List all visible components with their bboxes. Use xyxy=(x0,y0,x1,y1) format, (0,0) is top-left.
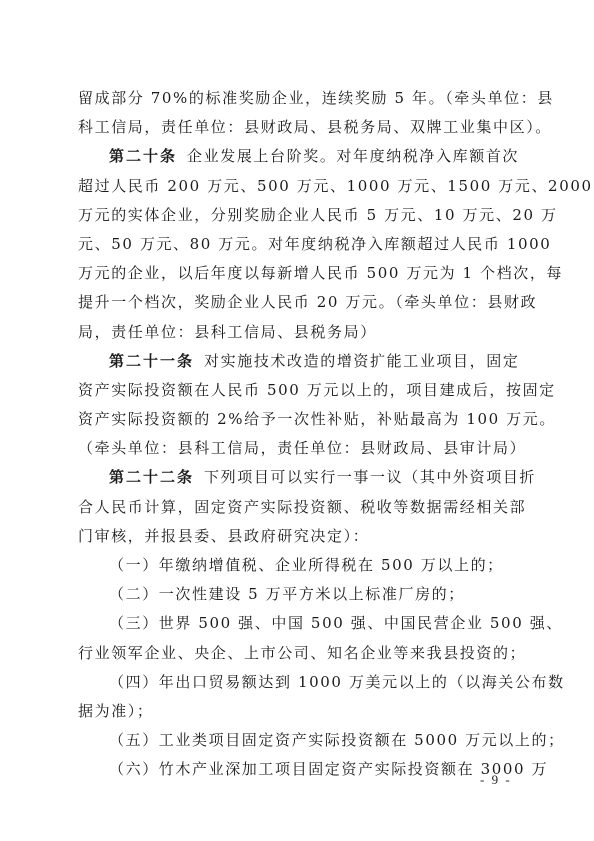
line-text: （五）工业类项目固定资产实际投资额在 5000 万元以上的； xyxy=(109,731,565,749)
line-text: 下列项目可以实行一事一议（其中外资项目折 xyxy=(204,468,536,486)
article-21-heading-line: 第二十一条对实施技术改造的增资扩能工业项目，固定 xyxy=(78,347,514,376)
text-line-11: 资产实际投资额在人民币 500 万元以上的，项目建成后，按固定 xyxy=(78,376,514,405)
line-text: （二）一次性建设 5 万平方米以上标准厂房的； xyxy=(109,585,465,603)
text-line-20: 行业领军企业、央企、上市公司、知名企业等来我县投资的； xyxy=(78,639,514,668)
text-line-12: 资产实际投资额的 2%给予一次性补贴，补贴最高为 100 万元。 xyxy=(78,405,514,434)
line-text: 超过人民币 200 万元、500 万元、1000 万元、1500 万元、2000 xyxy=(78,177,593,195)
line-text: 科工信局，责任单位：县财政局、县税务局、双牌工业集中区）。 xyxy=(78,118,552,136)
line-text: 据为准）； xyxy=(78,702,154,720)
line-text: 提升一个档次，奖励企业人民币 20 万元。（牵头单位：县财政 xyxy=(78,293,537,311)
text-line-5: 万元的实体企业，分别奖励企业人民币 5 万元、10 万元、20 万 xyxy=(78,201,514,230)
list-item-6: （六）竹木产业深加工项目固定资产实际投资额在 3000 万 xyxy=(78,755,514,784)
document-page: 留成部分 70%的标准奖励企业，连续奖励 5 年。（牵头单位：县 科工信局，责任… xyxy=(0,0,594,841)
page-number: - 9 - xyxy=(480,772,512,788)
list-item-4: （四）年出口贸易额达到 1000 万美元以上的（以海关公布数 xyxy=(78,668,514,697)
text-line-22: 据为准）； xyxy=(78,697,514,726)
line-text: 资产实际投资额的 2%给予一次性补贴，补贴最高为 100 万元。 xyxy=(78,410,556,428)
line-text: 局，责任单位：县科工信局、县税务局） xyxy=(78,323,377,341)
line-text: （牵头单位：县科工信局，责任单位：县财政局、县审计局） xyxy=(78,439,526,457)
line-text: 行业领军企业、央企、上市公司、知名企业等来我县投资的； xyxy=(78,644,526,662)
list-item-2: （二）一次性建设 5 万平方米以上标准厂房的； xyxy=(78,580,514,609)
line-text: 留成部分 70%的标准奖励企业，连续奖励 5 年。（牵头单位：县 xyxy=(78,89,554,107)
line-text: 元、50 万元、80 万元。对年度纳税净入库额超过人民币 1000 xyxy=(78,235,551,253)
article-22-heading-line: 第二十二条下列项目可以实行一事一议（其中外资项目折 xyxy=(78,463,514,492)
line-text: 万元的企业，以后年度以每新增人民币 500 万元为 1 个档次，每 xyxy=(78,264,563,282)
article-label: 第二十一条 xyxy=(109,352,194,370)
text-line-6: 元、50 万元、80 万元。对年度纳税净入库额超过人民币 1000 xyxy=(78,230,514,259)
line-text: （一）年缴纳增值税、企业所得税在 500 万以上的； xyxy=(109,556,504,574)
text-line-16: 门审核，并报县委、县政府研究决定）： xyxy=(78,522,514,551)
line-text: 门审核，并报县委、县政府研究决定）： xyxy=(78,527,369,545)
list-item-3: （三）世界 500 强、中国 500 强、中国民营企业 500 强、 xyxy=(78,609,514,638)
text-line-13: （牵头单位：县科工信局，责任单位：县财政局、县审计局） xyxy=(78,434,514,463)
text-line-4: 超过人民币 200 万元、500 万元、1000 万元、1500 万元、2000 xyxy=(78,172,514,201)
article-label: 第二十条 xyxy=(109,147,177,165)
text-line-8: 提升一个档次，奖励企业人民币 20 万元。（牵头单位：县财政 xyxy=(78,288,514,317)
list-item-5: （五）工业类项目固定资产实际投资额在 5000 万元以上的； xyxy=(78,726,514,755)
line-text: 对实施技术改造的增资扩能工业项目，固定 xyxy=(204,352,519,370)
line-text: （四）年出口贸易额达到 1000 万美元以上的（以海关公布数 xyxy=(109,673,565,691)
line-text: 合人民币计算，固定资产实际投资额、税收等数据需经相关部 xyxy=(78,498,526,516)
body-text: 留成部分 70%的标准奖励企业，连续奖励 5 年。（牵头单位：县 科工信局，责任… xyxy=(78,84,514,785)
list-item-1: （一）年缴纳增值税、企业所得税在 500 万以上的； xyxy=(78,551,514,580)
line-text: 资产实际投资额在人民币 500 万元以上的，项目建成后，按固定 xyxy=(78,381,556,399)
line-text: 企业发展上台阶奖。对年度纳税净入库额首次 xyxy=(187,147,519,165)
text-line-2: 科工信局，责任单位：县财政局、县税务局、双牌工业集中区）。 xyxy=(78,113,514,142)
text-line-1: 留成部分 70%的标准奖励企业，连续奖励 5 年。（牵头单位：县 xyxy=(78,84,514,113)
article-20-heading-line: 第二十条企业发展上台阶奖。对年度纳税净入库额首次 xyxy=(78,142,514,171)
line-text: 万元的实体企业，分别奖励企业人民币 5 万元、10 万元、20 万 xyxy=(78,206,558,224)
line-text: （三）世界 500 强、中国 500 强、中国民营企业 500 强、 xyxy=(109,614,563,632)
text-line-9: 局，责任单位：县科工信局、县税务局） xyxy=(78,318,514,347)
text-line-7: 万元的企业，以后年度以每新增人民币 500 万元为 1 个档次，每 xyxy=(78,259,514,288)
article-label: 第二十二条 xyxy=(109,468,194,486)
text-line-15: 合人民币计算，固定资产实际投资额、税收等数据需经相关部 xyxy=(78,493,514,522)
